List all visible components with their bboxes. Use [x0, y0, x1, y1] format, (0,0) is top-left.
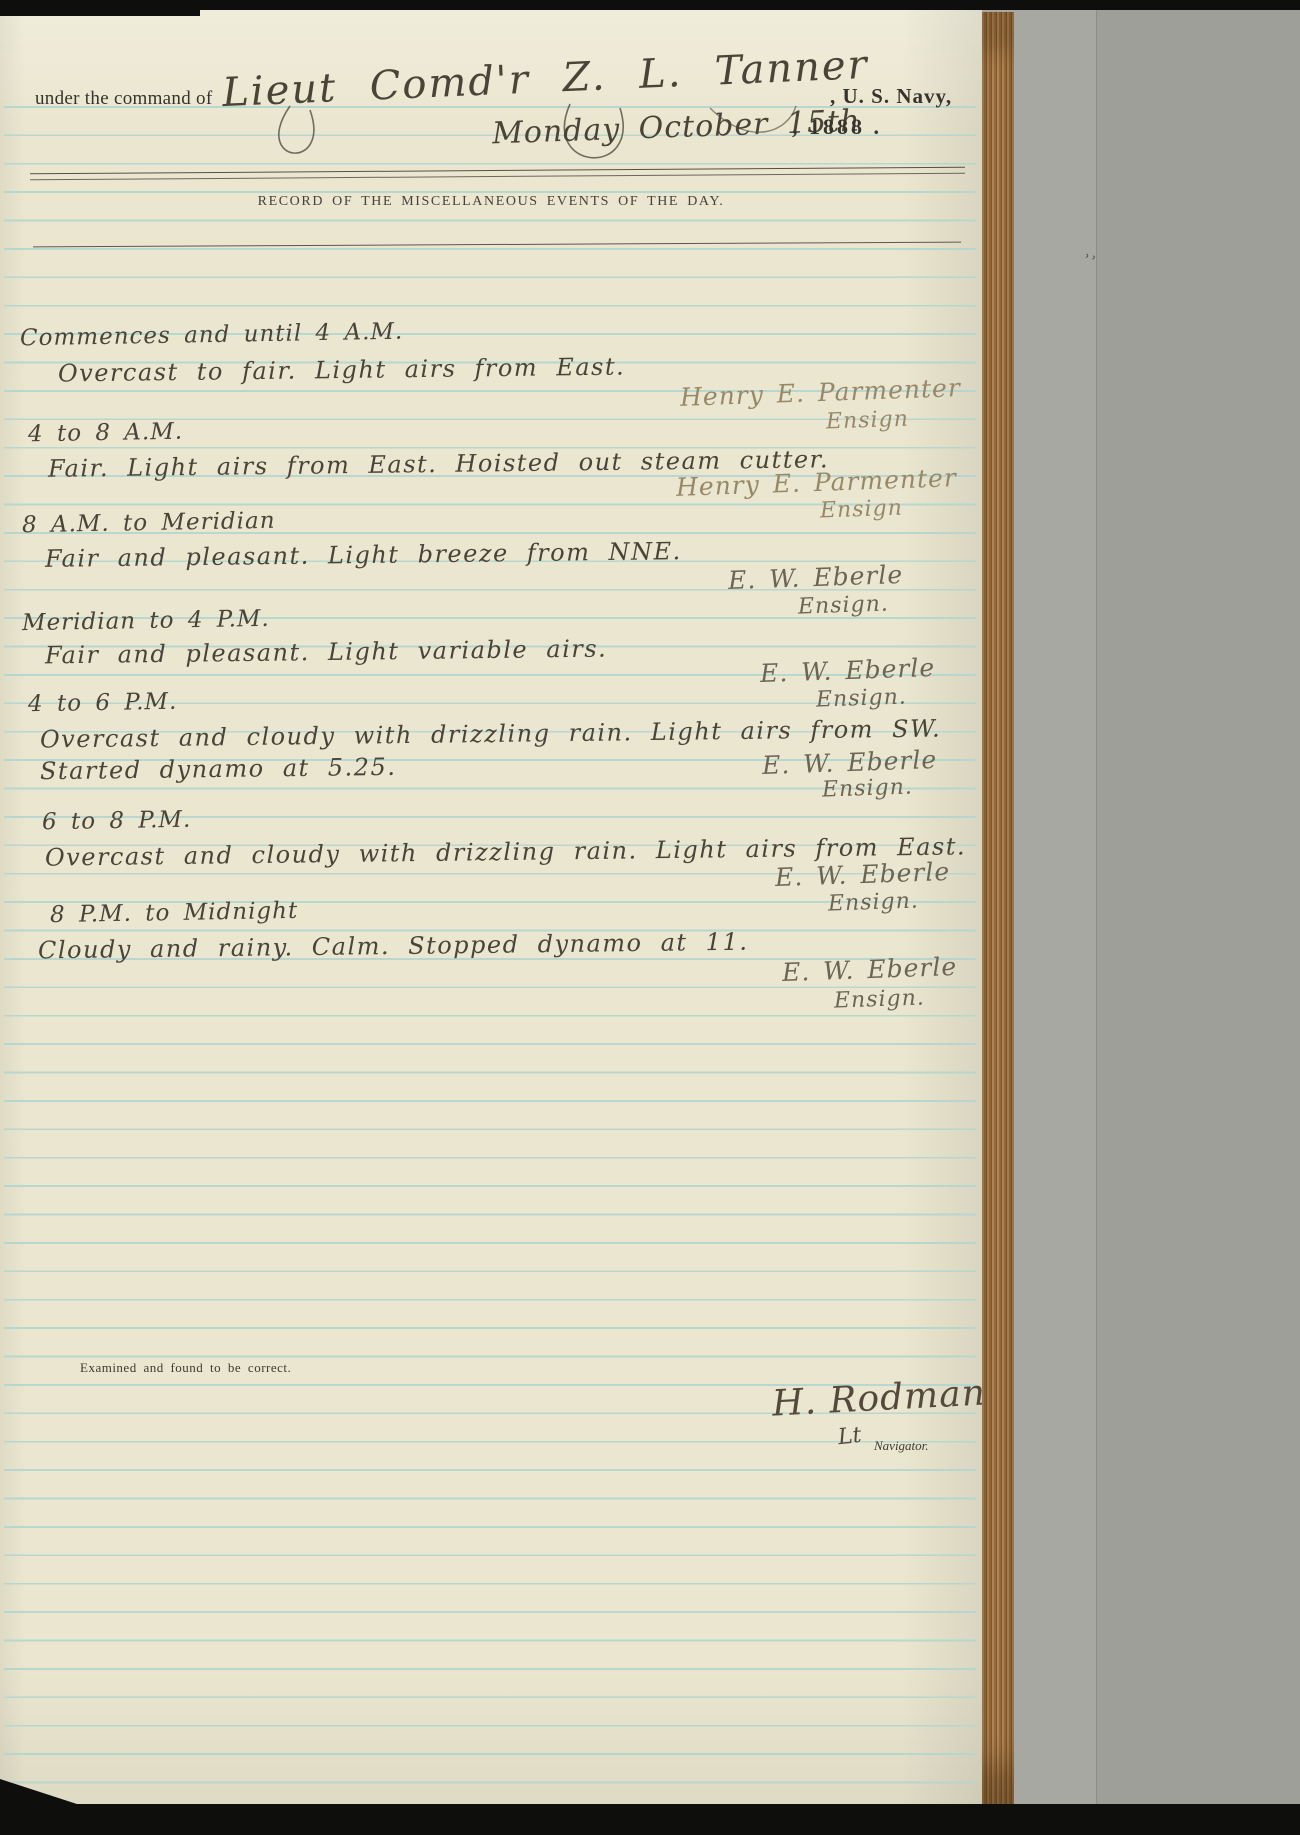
section-title: RECORD OF THE MISCELLANEOUS EVENTS OF TH… — [0, 194, 982, 210]
watch-period: Meridian to 4 P.M. — [22, 606, 270, 636]
navigator-rank-mark: Lt — [837, 1423, 863, 1450]
officer-rank: Ensign — [820, 496, 904, 524]
backdrop-shade — [1096, 0, 1300, 1835]
watch-remarks-line2: Started dynamo at 5.25. — [40, 753, 397, 785]
watch-period: 6 to 8 P.M. — [42, 807, 192, 836]
scan-border-top-left — [0, 0, 200, 16]
officer-rank: Ensign. — [822, 774, 914, 802]
watch-period: 8 P.M. to Midnight — [50, 898, 299, 928]
officer-rank: Ensign. — [816, 684, 908, 712]
commander-signature: Lieut Comd'r Z. L. Tanner — [221, 42, 869, 116]
book-page-edges — [982, 12, 1014, 1804]
examined-note: Examined and found to be correct. — [80, 1360, 291, 1376]
officer-signature: E. W. Eberle — [760, 653, 936, 688]
printed-command-prefix: under the command of — [35, 88, 212, 110]
officer-signature: E. W. Eberle — [775, 857, 951, 892]
officer-rank: Ensign. — [828, 888, 920, 916]
navigator-label: Navigator. — [874, 1438, 929, 1454]
watch-period: 4 to 6 P.M. — [28, 689, 178, 718]
officer-rank: Ensign. — [798, 591, 890, 619]
watch-period: 4 to 8 A.M. — [28, 419, 184, 448]
scan-border-bottom — [0, 1804, 1300, 1835]
officer-signature: E. W. Eberle — [782, 952, 958, 987]
officer-signature: E. W. Eberle — [728, 560, 904, 595]
officer-rank: Ensign. — [834, 985, 926, 1013]
scan-border-corner — [0, 1779, 80, 1805]
officer-rank: Ensign — [826, 407, 910, 435]
date-printed-year: , 1888 . — [792, 114, 882, 140]
logbook-scan: ʾʾ under the command of Lieut Comd'r Z. … — [0, 0, 1300, 1835]
logbook-page: under the command of Lieut Comd'r Z. L. … — [0, 10, 982, 1804]
watch-period: 8 A.M. to Meridian — [22, 508, 276, 538]
